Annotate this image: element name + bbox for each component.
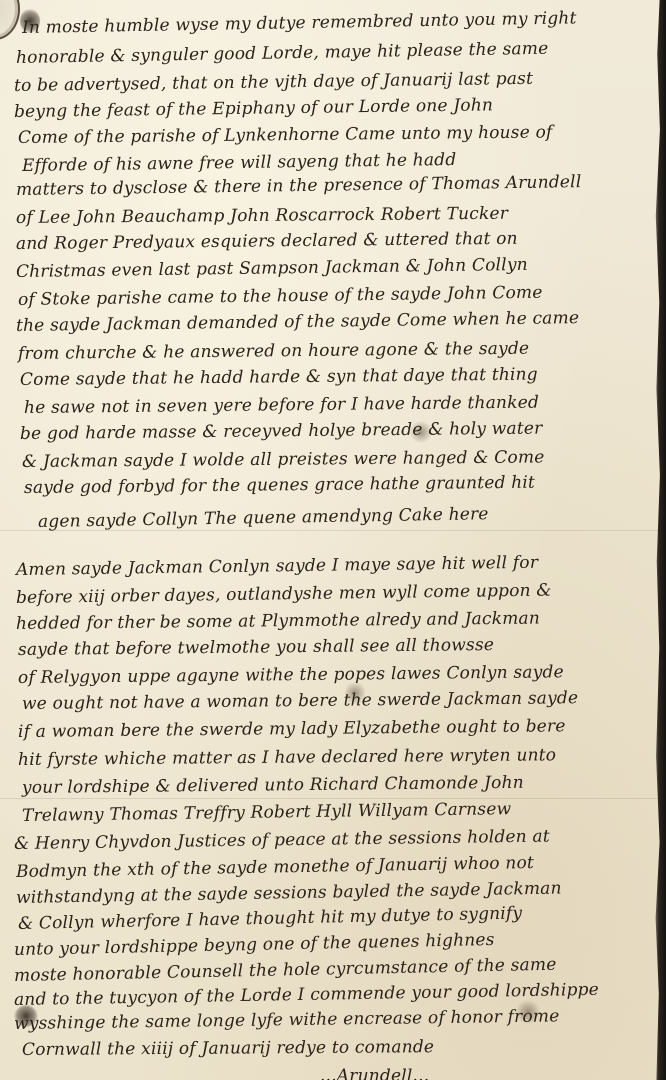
text-line: In moste humble wyse my dutye remembred … bbox=[22, 8, 577, 38]
text-line: Trelawny Thomas Treffry Robert Hyll Will… bbox=[22, 799, 512, 826]
text-line: hedded for ther be some at Plymmothe alr… bbox=[16, 609, 540, 634]
signature-fragment: ...Arundell... bbox=[320, 1066, 429, 1080]
text-line: Come sayde that he hadd harde & syn that… bbox=[20, 365, 538, 390]
text-line: matters to dysclose & there in the prese… bbox=[16, 172, 582, 200]
text-line: of Relygyon uppe agayne withe the popes … bbox=[18, 662, 564, 688]
text-line: your lordshipe & delivered unto Richard … bbox=[22, 773, 524, 798]
text-line: hit fyrste whiche matter as I have decla… bbox=[18, 745, 556, 770]
text-line: sayde god forbyd for the quenes grace ha… bbox=[24, 473, 535, 498]
text-line: of Lee John Beauchamp John Roscarrock Ro… bbox=[16, 204, 508, 228]
text-line: if a woman bere the swerde my lady Elyza… bbox=[18, 716, 566, 742]
text-line: beyng the feast of the Epiphany of our L… bbox=[14, 95, 493, 122]
text-line: we ought not have a woman to bere the sw… bbox=[22, 688, 578, 714]
manuscript-page: In moste humble wyse my dutye remembred … bbox=[0, 0, 666, 1080]
text-line: sayde that before twelmothe you shall se… bbox=[18, 635, 494, 660]
text-line: of Stoke parishe came to the house of th… bbox=[18, 283, 543, 310]
text-line: and Roger Predyaux esquiers declared & u… bbox=[16, 229, 518, 254]
text-line: Cornwall the xiiij of Januarij redye to … bbox=[22, 1037, 434, 1060]
text-line: & Collyn wherfore I have thought hit my … bbox=[18, 903, 523, 934]
text-line: Bodmyn the xth of the sayde monethe of J… bbox=[16, 853, 534, 882]
text-line: Come of the parishe of Lynkenhorne Came … bbox=[18, 122, 553, 148]
text-line: unto your lordshippe beyng one of the qu… bbox=[14, 930, 495, 960]
text-line: and to the tuycyon of the Lorde I commen… bbox=[14, 980, 599, 1010]
text-line: honorable & synguler good Lorde, maye hi… bbox=[16, 39, 549, 68]
text-line: & Jackman sayde I wolde all preistes wer… bbox=[22, 447, 545, 472]
text-line: before xiij orber dayes, outlandyshe men… bbox=[16, 581, 552, 608]
text-line: wysshinge the same longe lyfe withe encr… bbox=[14, 1006, 560, 1034]
text-line: Amen sayde Jackman Conlyn sayde I maye s… bbox=[16, 553, 538, 580]
torn-edge bbox=[650, 0, 666, 1080]
text-line: be god harde masse & receyved holye brea… bbox=[20, 419, 543, 444]
text-line: Efforde of his awne free will sayeng tha… bbox=[22, 150, 457, 176]
text-line: to be advertysed, that on the vjth daye … bbox=[14, 69, 533, 96]
handwritten-text: In moste humble wyse my dutye remembred … bbox=[0, 0, 650, 1080]
text-line: the sayde Jackman demanded of the sayde … bbox=[16, 308, 579, 336]
text-line: agen sayde Collyn The quene amendyng Cak… bbox=[38, 504, 489, 532]
text-line: Christmas even last past Sampson Jackman… bbox=[16, 255, 528, 282]
text-line: he sawe not in seven yere before for I h… bbox=[24, 393, 539, 418]
text-line: from churche & he answered on houre agon… bbox=[18, 339, 529, 364]
text-line: & Henry Chyvdon Justices of peace at the… bbox=[14, 827, 550, 854]
